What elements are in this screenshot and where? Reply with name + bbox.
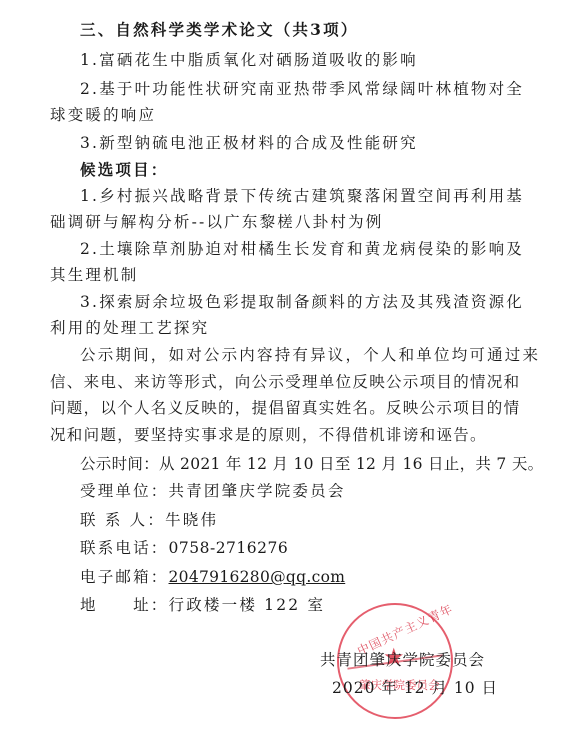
contact-email-label: 电子邮箱：: [80, 568, 169, 586]
candidate-item-2-cont: 其生理机制: [50, 265, 139, 285]
contact-phone-value: 0758-2716276: [169, 539, 289, 557]
accepting-unit-label: 受理单位：: [80, 482, 169, 500]
section3-heading: 三、自然科学类学术论文（共3项）: [80, 20, 359, 40]
candidate-item-1-cont: 础调研与解构分析--以广东黎槎八卦村为例: [50, 212, 383, 232]
candidate-item-3: 3.探索厨余垃圾色彩提取制备颜料的方法及其残渣资源化: [80, 292, 524, 312]
contact-person: 联 系 人：牛晓伟: [80, 510, 218, 530]
section3-item-3: 3.新型钠硫电池正极材料的合成及性能研究: [80, 133, 418, 153]
contact-phone-label: 联系电话：: [80, 539, 169, 557]
contact-address: 地 址：行政楼一楼 122 室: [80, 595, 325, 615]
contact-email: 电子邮箱：2047916280@qq.com: [80, 567, 345, 587]
signature-org: 共青团肇庆学院委员会: [320, 648, 485, 670]
notice-line-3: 问题，以个人名义反映的，提倡留真实姓名。反映公示项目的情: [50, 398, 520, 418]
contact-address-value: 行政楼一楼 122 室: [169, 596, 326, 614]
contact-person-value: 牛晓伟: [165, 511, 218, 529]
contact-person-label: 联 系 人：: [80, 511, 165, 529]
candidate-item-3-cont: 利用的处理工艺探究: [50, 318, 209, 338]
section3-item-1: 1.富硒花生中脂质氧化对硒肠道吸收的影响: [80, 50, 418, 70]
notice-line-1: 公示期间，如对公示内容持有异议，个人和单位均可通过来: [80, 345, 540, 365]
candidate-item-1: 1.乡村振兴战略背景下传统古建筑聚落闲置空间再利用基: [80, 186, 524, 206]
accepting-unit: 受理单位：共青团肇庆学院委员会: [80, 481, 346, 501]
notice-line-4: 况和问题，要坚持实事求是的原则，不得借机诽谤和诬告。: [50, 425, 487, 445]
candidate-item-2: 2.土壤除草剂胁迫对柑橘生长发育和黄龙病侵染的影响及: [80, 239, 524, 259]
notice-line-2: 信、来电、来访等形式，向公示受理单位反映公示项目的情况和: [50, 372, 520, 392]
section3-item-2-cont: 球变暖的响应: [50, 105, 156, 125]
contact-address-label: 地 址：: [80, 596, 169, 614]
candidates-heading: 候选项目：: [80, 160, 169, 180]
contact-email-link[interactable]: 2047916280@qq.com: [169, 568, 346, 586]
section3-item-2: 2.基于叶功能性状研究南亚热带季风常绿阔叶林植物对全: [80, 79, 524, 99]
accepting-unit-value: 共青团肇庆学院委员会: [169, 482, 346, 500]
contact-phone: 联系电话：0758-2716276: [80, 538, 288, 558]
signature-date: 2020 年 12 月 10 日: [332, 676, 498, 698]
publicity-period: 公示时间：从 2021 年 12 月 10 日至 12 月 16 日止，共 7 …: [80, 454, 543, 474]
